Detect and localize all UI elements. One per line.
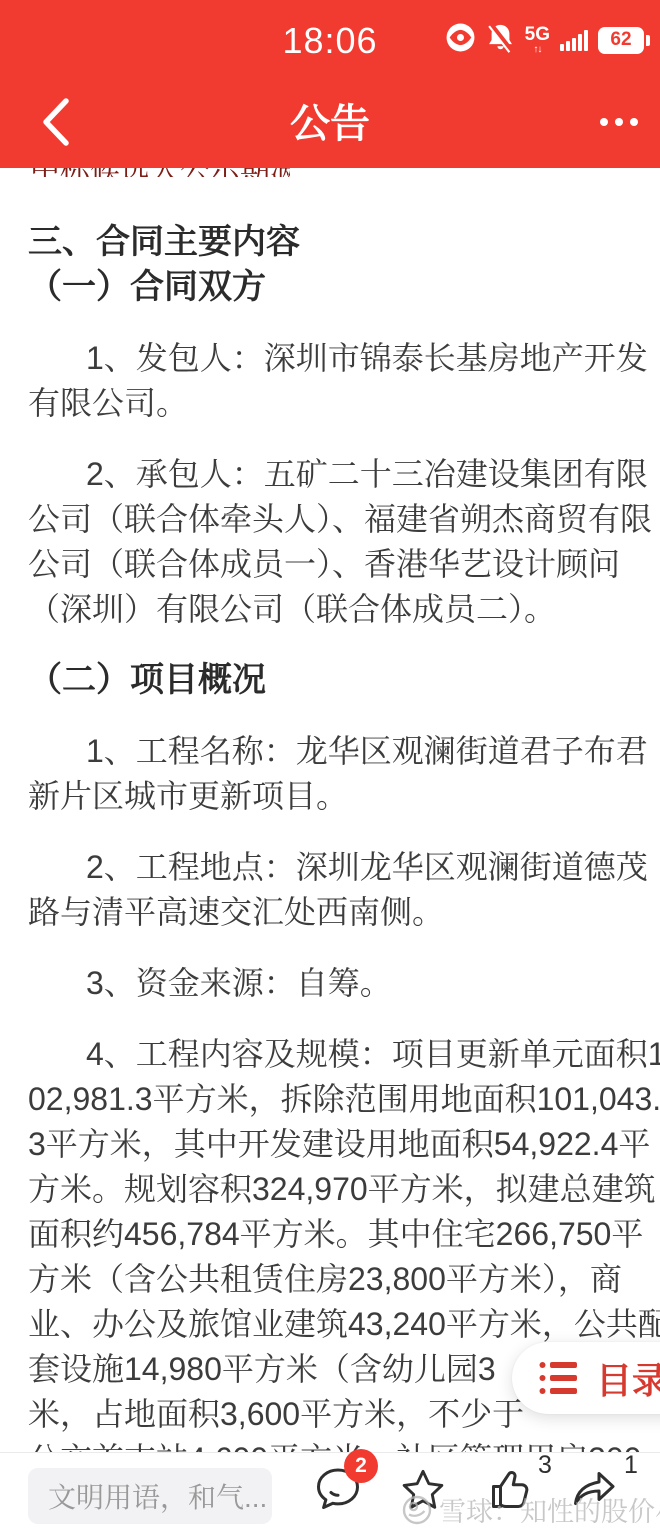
- network-5g-indicator: 5G ↑↓: [525, 25, 550, 55]
- more-button[interactable]: [582, 102, 638, 142]
- paragraph-line: 面积约456,784平方米。其中住宅266,750平: [28, 1212, 632, 1257]
- share-count: 1: [624, 1451, 638, 1480]
- paragraph-line: 公司（联合体牵头人）、福建省朔杰商贸有限: [28, 497, 632, 542]
- document-heading: （二）项目概况: [28, 658, 632, 703]
- comment-input[interactable]: 文明用语，和气...: [28, 1468, 272, 1524]
- paragraph-line: 方米。规划容积324,970平方米，拟建总建筑: [28, 1167, 632, 1212]
- toc-label: 目录: [596, 1353, 660, 1404]
- app-header: 18:06 5G ↑↓ 62: [0, 0, 660, 168]
- network-type-label: 5G: [525, 25, 550, 44]
- star-icon: [400, 1468, 446, 1512]
- paragraph-line: 业、办公及旅馆业建筑43,240平方米，公共配: [28, 1302, 632, 1347]
- nav-bar: 公告: [0, 84, 660, 160]
- paragraph-line: （深圳）有限公司（联合体成员二）。: [28, 587, 632, 632]
- document-heading: 三、合同主要内容: [28, 220, 632, 265]
- document-paragraph: 1、发包人：深圳市锦泰长基房地产开发有限公司。: [28, 336, 632, 426]
- document-body: 三、合同主要内容（一）合同双方1、发包人：深圳市锦泰长基房地产开发有限公司。2、…: [0, 168, 660, 1452]
- comment-badge: 2: [344, 1449, 378, 1483]
- paragraph-line: 1、发包人：深圳市锦泰长基房地产开发: [28, 336, 632, 381]
- battery-indicator: 62: [598, 27, 644, 54]
- paragraph-line: 新片区城市更新项目。: [28, 774, 632, 819]
- paragraph-line: 3平方米，其中开发建设用地面积54,922.4平: [28, 1122, 632, 1167]
- battery-nub: [646, 35, 650, 46]
- thumbs-up-icon: [486, 1465, 534, 1513]
- paragraph-line: 公司（联合体成员一）、香港华艺设计顾问: [28, 542, 632, 587]
- paragraph-line: 有限公司。: [28, 381, 632, 426]
- battery-level: 62: [610, 29, 631, 51]
- share-button[interactable]: [570, 1465, 618, 1513]
- page-title: 公告: [0, 92, 660, 149]
- status-icons: 5G ↑↓ 62: [445, 18, 644, 62]
- comment-placeholder: 文明用语，和气...: [48, 1476, 267, 1516]
- paragraph-line: 路与清平高速交汇处西南侧。: [28, 890, 632, 935]
- like-button[interactable]: [486, 1465, 534, 1513]
- app-screen: 18:06 5G ↑↓ 62: [0, 0, 660, 1536]
- document-paragraph: 2、承包人：五矿二十三冶建设集团有限公司（联合体牵头人）、福建省朔杰商贸有限公司…: [28, 452, 632, 632]
- document-heading: （一）合同双方: [28, 265, 632, 310]
- clipped-text-line: 中标候选人公示期满: [30, 168, 290, 177]
- paragraph-line: 方米（含公共租赁住房23,800平方米），商: [28, 1257, 632, 1302]
- paragraph-line: 4、工程内容及规模：项目更新单元面积1: [28, 1032, 632, 1077]
- share-arrow-icon: [570, 1465, 618, 1513]
- paragraph-line: 2、承包人：五矿二十三冶建设集团有限: [28, 452, 632, 497]
- toc-button[interactable]: 目录: [512, 1342, 660, 1414]
- more-dots-icon: [600, 118, 608, 126]
- paragraph-line: 02,981.3平方米，拆除范围用地面积101,043.: [28, 1077, 632, 1122]
- bottom-toolbar: 文明用语，和气... 2 3 1: [0, 1452, 660, 1536]
- signal-bars-icon: [560, 29, 588, 51]
- like-count: 3: [538, 1451, 552, 1480]
- document-paragraph: 3、资金来源：自筹。: [28, 961, 632, 1006]
- eye-protection-icon: [445, 22, 476, 58]
- document-paragraph: 1、工程名称：龙华区观澜街道君子布君新片区城市更新项目。: [28, 729, 632, 819]
- paragraph-line: 2、工程地点：深圳龙华区观澜街道德茂: [28, 845, 632, 890]
- paragraph-line: 3、资金来源：自筹。: [28, 961, 632, 1006]
- data-arrows-icon: ↑↓: [533, 45, 541, 55]
- mute-bell-icon: [486, 22, 515, 58]
- paragraph-line: 公交首末站4,600平方米，社区管理用房300: [28, 1437, 632, 1452]
- paragraph-line: 1、工程名称：龙华区观澜街道君子布君: [28, 729, 632, 774]
- favorite-button[interactable]: [400, 1468, 448, 1516]
- toc-list-icon: [538, 1357, 580, 1399]
- document-paragraph: 2、工程地点：深圳龙华区观澜街道德茂路与清平高速交汇处西南侧。: [28, 845, 632, 935]
- status-bar: 18:06 5G ↑↓ 62: [0, 14, 660, 66]
